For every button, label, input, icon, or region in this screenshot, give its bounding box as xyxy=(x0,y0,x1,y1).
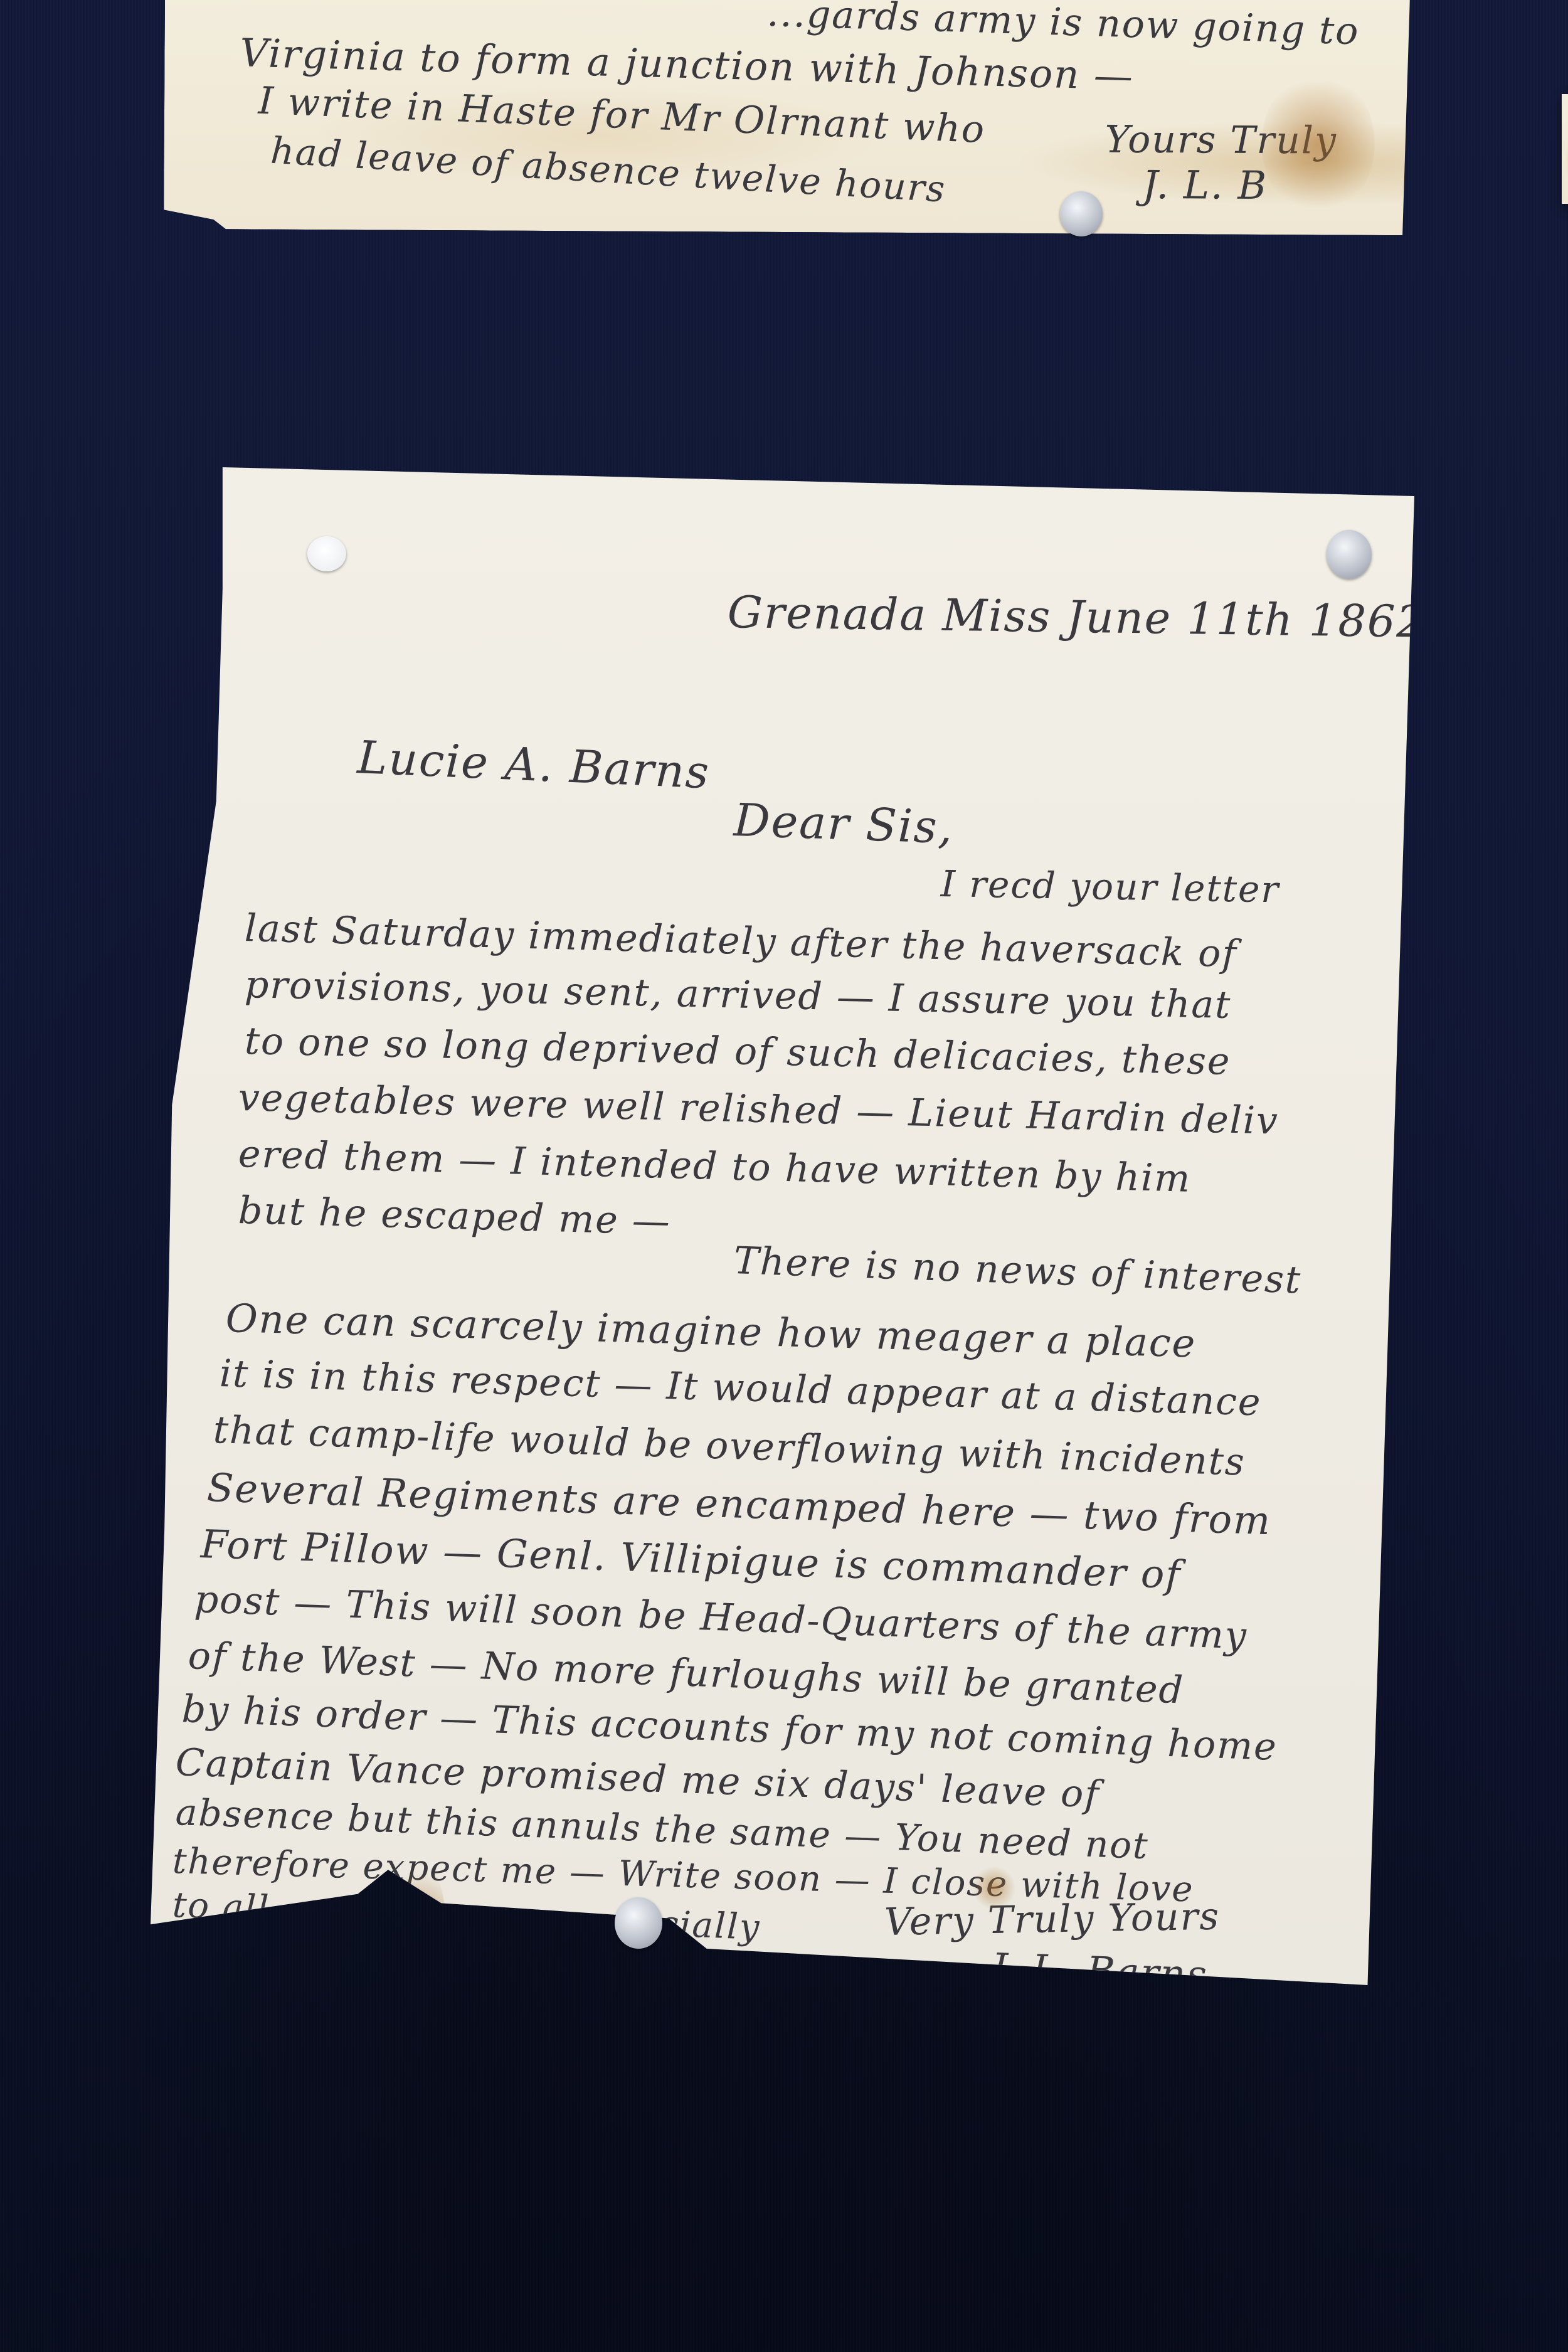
mounting-pin xyxy=(1060,191,1103,236)
addressee: Lucie A. Barns xyxy=(356,731,711,798)
body-line: but he escaped me — xyxy=(238,1189,672,1244)
letter-closing: Very Truly Yours xyxy=(884,1895,1220,1944)
body-line: provisions, you sent, arrived — I assure… xyxy=(244,963,1232,1027)
top-letter: ...gards army is now going to Virginia t… xyxy=(164,0,1410,235)
rust-stain xyxy=(972,1866,1016,1910)
body-line: vegetables were well relished — Lieut Ha… xyxy=(238,1076,1279,1143)
mounting-pin xyxy=(307,536,346,571)
main-letter: Grenada Miss June 11th 1862 Lucie A. Bar… xyxy=(151,467,1414,1985)
mounting-pin xyxy=(615,1897,662,1949)
body-line: ered them — I intended to have written b… xyxy=(238,1132,1192,1201)
third-letter-edge xyxy=(1562,94,1568,204)
body-line: I recd your letter xyxy=(940,862,1279,911)
mounting-pin xyxy=(1327,530,1372,579)
place-date: Grenada Miss June 11th 1862 xyxy=(727,586,1426,648)
salutation: Dear Sis, xyxy=(733,793,955,854)
body-line: There is no news of interest xyxy=(733,1239,1303,1303)
body-line: to one so long deprived of such delicaci… xyxy=(244,1019,1231,1084)
top-letter-signature: J. L. B xyxy=(1142,162,1268,208)
water-stain xyxy=(1261,72,1375,216)
